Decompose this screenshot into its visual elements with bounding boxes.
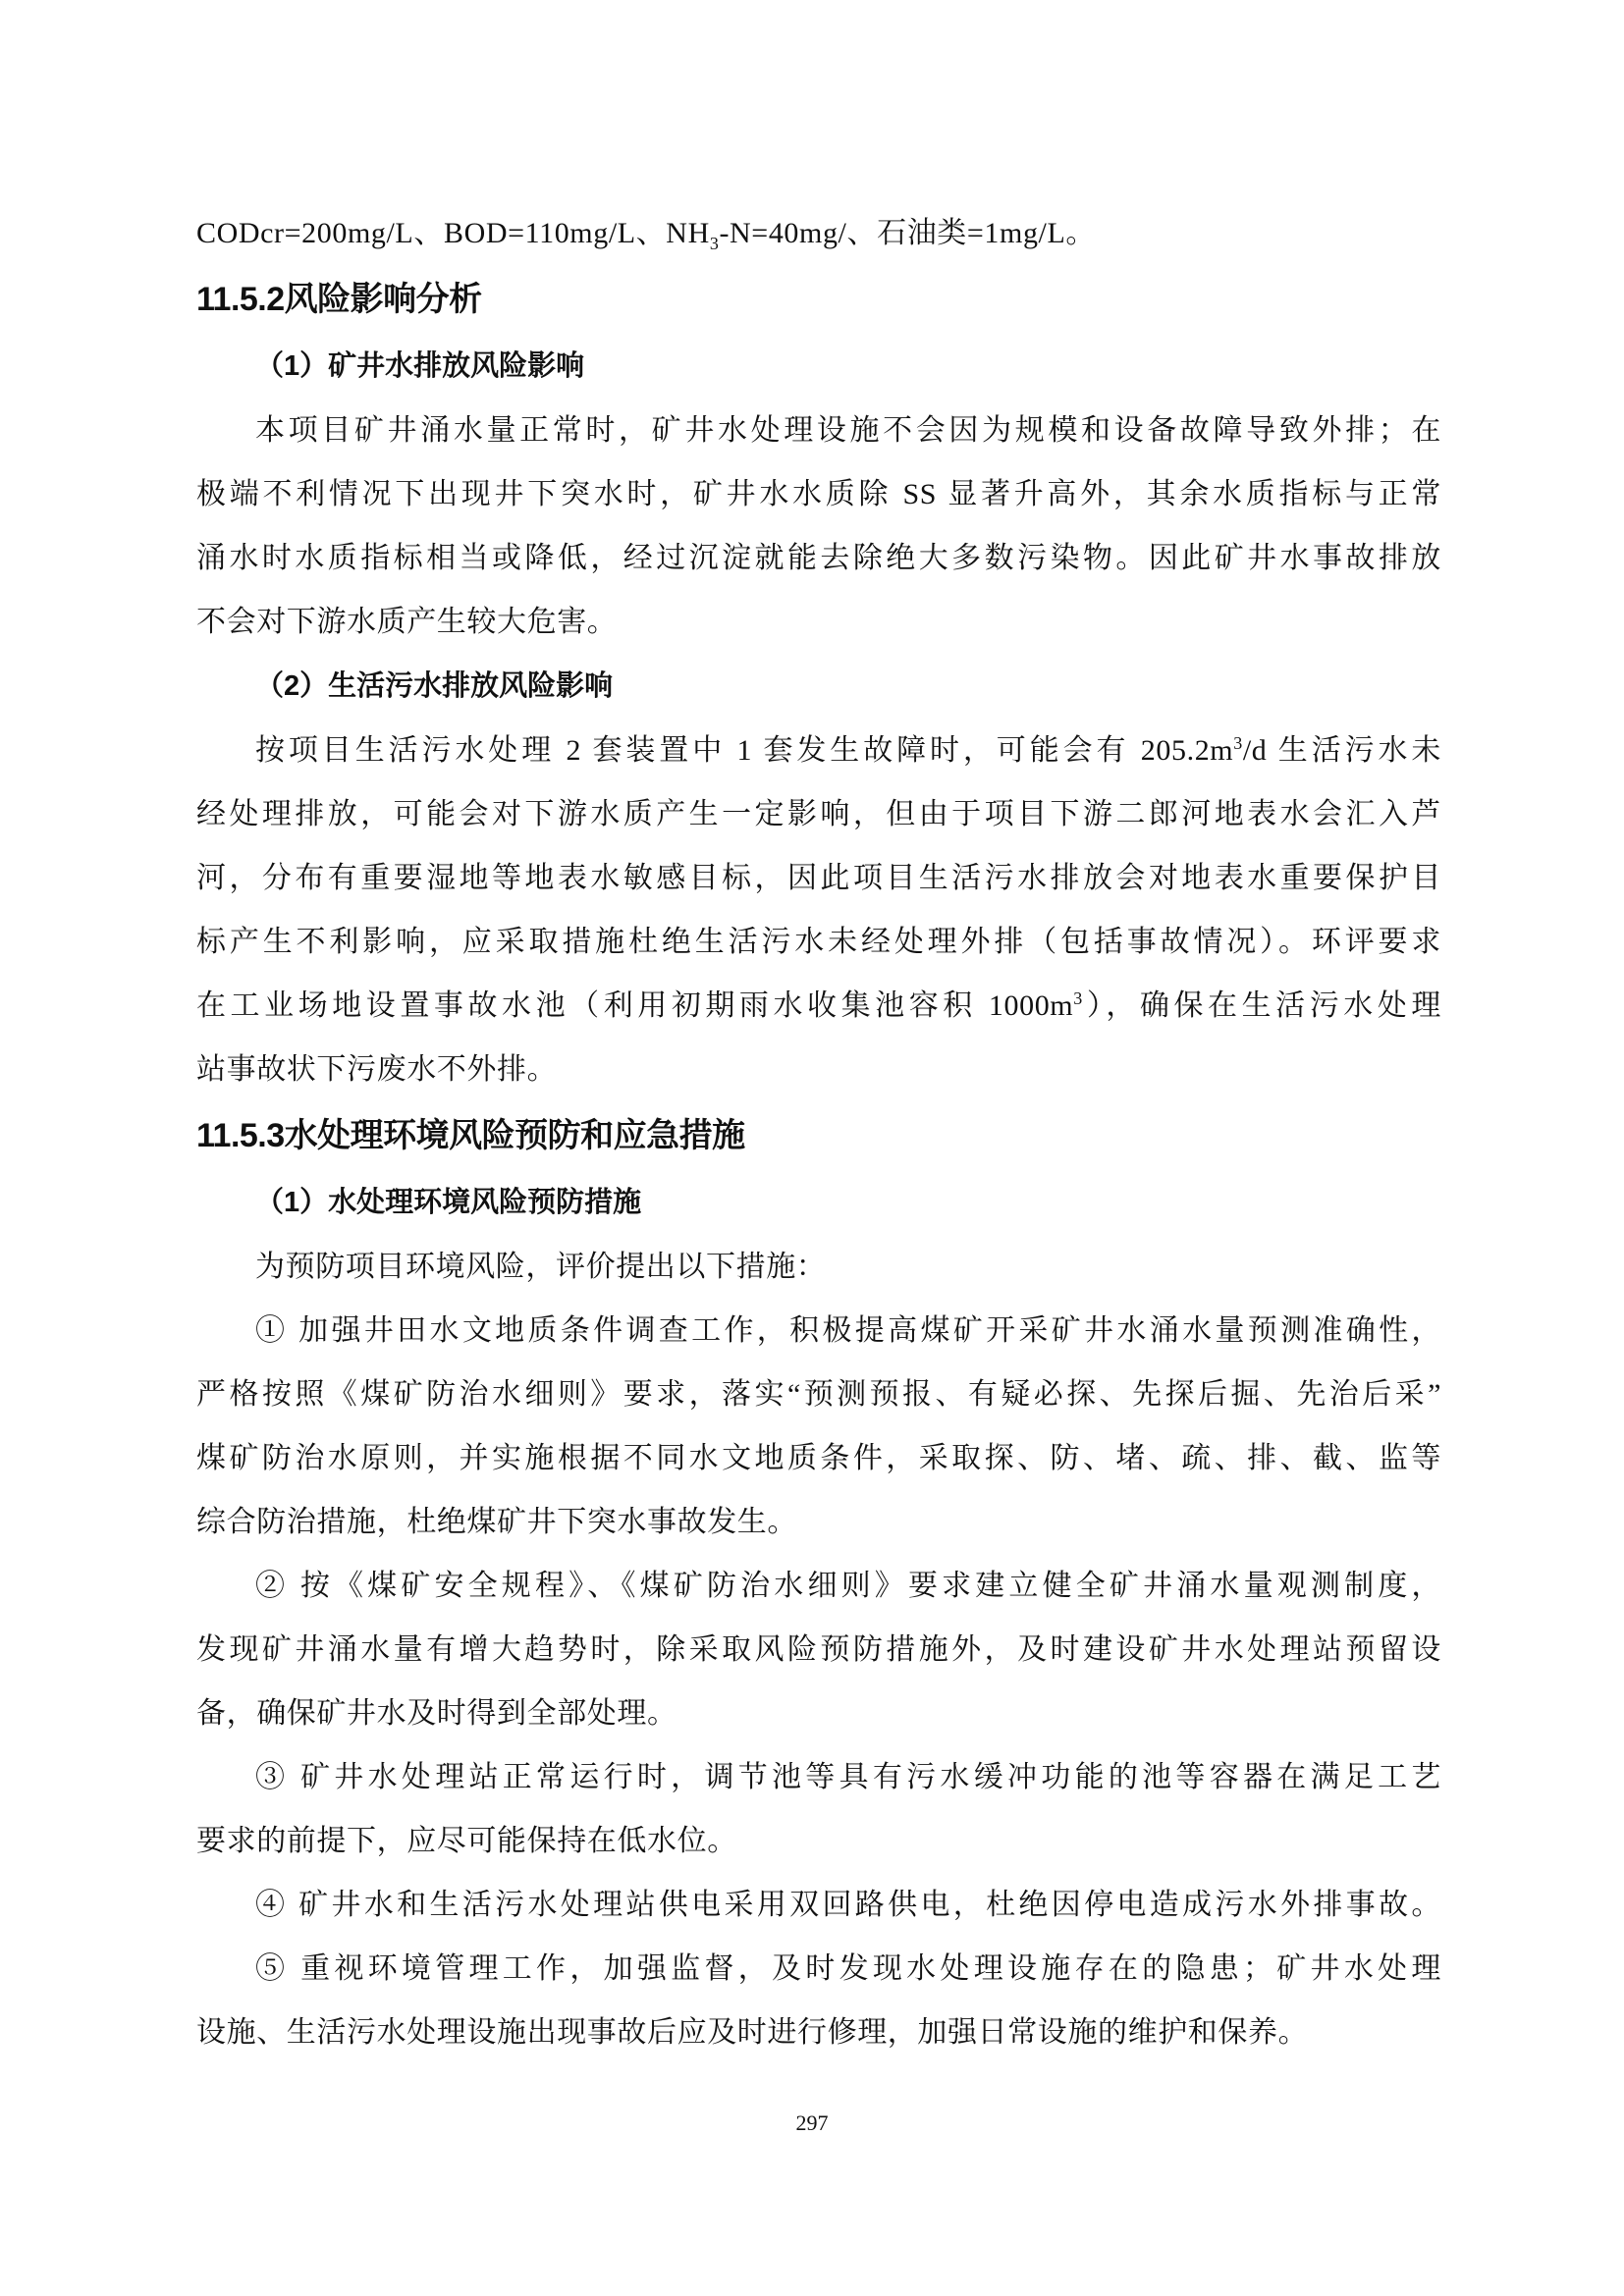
list-item-line: 发现矿井涌水量有增大趋势时，除采取风险预防措施外，及时建设矿井水处理站预留设 (196, 1618, 1441, 1682)
paragraph-line: 站事故状下污废水不外排。 (196, 1038, 1441, 1101)
paragraph-line: 极端不利情况下出现井下突水时，矿井水水质除 SS 显著升高外，其余水质指标与正常 (196, 462, 1441, 526)
paragraph-line: 按项目生活污水处理 2 套装置中 1 套发生故障时，可能会有 205.2m3/d… (196, 719, 1441, 782)
list-item-line: 备，确保矿井水及时得到全部处理。 (196, 1682, 1441, 1745)
section-heading-11-5-2: 11.5.2风险影响分析 (196, 265, 1441, 334)
subheading-mine-water-risk: （1）矿井水排放风险影响 (196, 334, 1441, 399)
superscript: 3 (1073, 988, 1083, 1008)
subheading-prevention-measures: （1）水处理环境风险预防措施 (196, 1170, 1441, 1235)
list-item-line: ① 加强井田水文地质条件调查工作，积极提高煤矿开采矿井水涌水量预测准确性， (196, 1299, 1441, 1362)
paragraph-line: 在工业场地设置事故水池（利用初期雨水收集池容积 1000m3），确保在生活污水处… (196, 974, 1441, 1038)
text-fragment: 在工业场地设置事故水池（利用初期雨水收集池容积 1000m (196, 989, 1073, 1022)
continuation-line: CODcr=200mg/L、BOD=110mg/L、NH3-N=40mg/、石油… (196, 201, 1441, 265)
list-item-line: 要求的前提下，应尽可能保持在低水位。 (196, 1809, 1441, 1873)
list-item-line: 设施、生活污水处理设施出现事故后应及时进行修理，加强日常设施的维护和保养。 (196, 2001, 1441, 2064)
text-fragment: ），确保在生活污水处理 (1083, 989, 1441, 1022)
superscript: 3 (1233, 733, 1243, 753)
subheading-sewage-risk: （2）生活污水排放风险影响 (196, 654, 1441, 719)
document-page: CODcr=200mg/L、BOD=110mg/L、NH3-N=40mg/、石油… (196, 201, 1441, 2064)
paragraph-line: 标产生不利影响，应采取措施杜绝生活污水未经处理外排（包括事故情况）。环评要求 (196, 910, 1441, 974)
text-fragment: /d 生活污水未 (1243, 734, 1441, 767)
list-item-line: ③ 矿井水处理站正常运行时，调节池等具有污水缓冲功能的池等容器在满足工艺 (196, 1745, 1441, 1809)
list-item-line: 综合防治措施，杜绝煤矿井下突水事故发生。 (196, 1490, 1441, 1554)
list-item-line: 煤矿防治水原则，并实施根据不同水文地质条件，采取探、防、堵、疏、排、截、监等 (196, 1426, 1441, 1490)
list-item-line: ⑤ 重视环境管理工作，加强监督，及时发现水处理设施存在的隐患；矿井水处理 (196, 1937, 1441, 2001)
subscript: 3 (710, 234, 720, 253)
section-heading-11-5-3: 11.5.3水处理环境风险预防和应急措施 (196, 1101, 1441, 1170)
list-item-line: ② 按《煤矿安全规程》、《煤矿防治水细则》要求建立健全矿井涌水量观测制度， (196, 1554, 1441, 1618)
paragraph-line: 本项目矿井涌水量正常时，矿井水处理设施不会因为规模和设备故障导致外排；在 (196, 399, 1441, 462)
list-item-line: ④ 矿井水和生活污水处理站供电采用双回路供电，杜绝因停电造成污水外排事故。 (196, 1873, 1441, 1937)
text-fragment: 按项目生活污水处理 2 套装置中 1 套发生故障时，可能会有 205.2m (255, 734, 1233, 767)
paragraph-line: 河，分布有重要湿地等地表水敏感目标，因此项目生活污水排放会对地表水重要保护目 (196, 846, 1441, 910)
text-fragment: CODcr=200mg/L、BOD=110mg/L、NH (196, 217, 710, 249)
paragraph-line: 不会对下游水质产生较大危害。 (196, 590, 1441, 654)
text-fragment: -N=40mg/、石油类=1mg/L。 (719, 217, 1096, 249)
paragraph-line: 为预防项目环境风险，评价提出以下措施： (196, 1235, 1441, 1299)
paragraph-line: 涌水时水质指标相当或降低，经过沉淀就能去除绝大多数污染物。因此矿井水事故排放 (196, 526, 1441, 590)
list-item-line: 严格按照《煤矿防治水细则》要求，落实“预测预报、有疑必探、先探后掘、先治后采” (196, 1362, 1441, 1426)
paragraph-line: 经处理排放，可能会对下游水质产生一定影响，但由于项目下游二郎河地表水会汇入芦 (196, 782, 1441, 846)
page-number: 297 (0, 2110, 1624, 2136)
